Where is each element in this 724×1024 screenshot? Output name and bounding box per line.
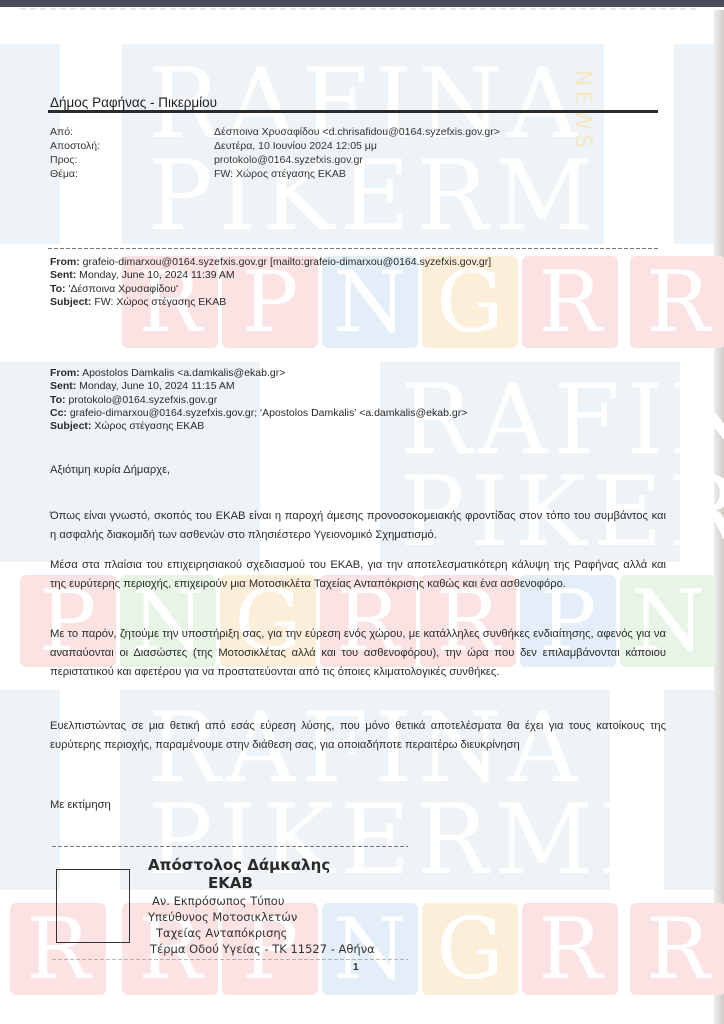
field-value-to: protokolo@0164.syzefxis.gov.gr xyxy=(214,154,500,167)
fw1-from-label: From: xyxy=(50,256,80,268)
signature-separator-top xyxy=(52,846,408,847)
forwarded-header-1: From: grafeio-dimarxou@0164.syzefxis.gov… xyxy=(50,256,491,309)
fw1-to-label: To: xyxy=(50,283,66,295)
fw1-from-row: From: grafeio-dimarxou@0164.syzefxis.gov… xyxy=(50,256,491,269)
field-label-from: Από: xyxy=(50,126,214,139)
fw2-cc-label: Cc: xyxy=(50,407,67,419)
fw1-to-row: To: 'Δέσποινα Χρυσαφίδου' xyxy=(50,283,491,296)
fw2-cc-row: Cc: grafeio-dimarxou@0164.syzefxis.gov.g… xyxy=(50,407,467,420)
fw2-cc-value: grafeio-dimarxou@0164.syzefxis.gov.gr; '… xyxy=(70,407,467,419)
signature-line: Αν. Εκπρόσωπος Τύπου xyxy=(152,894,284,908)
fw1-subject-label: Subject: xyxy=(50,296,91,308)
signature-logo-placeholder xyxy=(56,869,130,943)
fw2-from-label: From: xyxy=(50,367,80,379)
fw2-to-label: To: xyxy=(50,394,66,406)
field-value-sent: Δευτέρα, 10 Ιουνίου 2024 12:05 μμ xyxy=(214,140,500,153)
fw2-from-row: From: Apostolos Damkalis <a.damkalis@eka… xyxy=(50,367,467,380)
signature-line: Υπεύθυνος Μοτοσικλετών xyxy=(148,910,297,924)
signature-line: Τέρμα Οδού Υγείας - ΤΚ 11527 - Αθήνα xyxy=(150,942,375,956)
signature-organization: ΕΚΑΒ xyxy=(208,874,253,892)
fw1-sent-row: Sent: Monday, June 10, 2024 11:39 AM xyxy=(50,269,491,282)
paragraph: Ευελπιστώντας σε μια θετική από εσάς εύρ… xyxy=(50,717,666,755)
field-label-sent: Αποστολή: xyxy=(50,140,214,153)
signature-line: Ταχείας Ανταπόκρισης xyxy=(156,926,287,940)
signature-separator-bottom xyxy=(52,959,408,960)
forwarded-header-2: From: Apostolos Damkalis <a.damkalis@eka… xyxy=(50,367,467,433)
signature-name: Απόστολος Δάμκαλης xyxy=(148,856,330,874)
fw1-to-value: 'Δέσποινα Χρυσαφίδου' xyxy=(68,283,178,295)
fw2-subject-row: Subject: Χώρος στέγασης ΕΚΑΒ xyxy=(50,420,467,433)
paragraph: Με το παρόν, ζητούμε την υποστήριξη σας,… xyxy=(50,625,666,682)
outer-header-fields: Από: Δέσποινα Χρυσαφίδου <d.chrisafidou@… xyxy=(50,126,500,181)
header-rule xyxy=(48,110,658,113)
fw1-sent-label: Sent: xyxy=(50,269,76,281)
field-value-subject: FW: Χώρος στέγασης ΕΚΑΒ xyxy=(214,168,500,181)
forward-separator xyxy=(48,248,658,249)
page-number: 1 xyxy=(353,962,359,973)
fw2-to-value: protokolo@0164.syzefxis.gov.gr xyxy=(68,394,217,406)
fw1-subject-value: FW: Χώρος στέγασης ΕΚΑΒ xyxy=(94,296,226,308)
fw2-sent-label: Sent: xyxy=(50,380,76,392)
fw2-from-value: Apostolos Damkalis <a.damkalis@ekab.gr> xyxy=(82,367,285,379)
fw2-to-row: To: protokolo@0164.syzefxis.gov.gr xyxy=(50,394,467,407)
salutation: Αξιότιμη κυρία Δήμαρχε, xyxy=(50,461,666,480)
fw1-sent-value: Monday, June 10, 2024 11:39 AM xyxy=(79,269,234,281)
field-label-to: Προς: xyxy=(50,154,214,167)
fw2-sent-row: Sent: Monday, June 10, 2024 11:15 AM xyxy=(50,380,467,393)
fw2-sent-value: Monday, June 10, 2024 11:15 AM xyxy=(79,380,234,392)
fw2-subject-value: Χώρος στέγασης ΕΚΑΒ xyxy=(94,420,204,432)
closing: Με εκτίμηση xyxy=(50,796,666,815)
field-label-subject: Θέμα: xyxy=(50,168,214,181)
paragraph: Μέσα στα πλαίσια του επιχειρησιακού σχεδ… xyxy=(50,556,666,594)
paragraph: Όπως είναι γνωστό, σκοπός του ΕΚΑΒ είναι… xyxy=(50,507,666,545)
fw1-subject-row: Subject: FW: Χώρος στέγασης ΕΚΑΒ xyxy=(50,296,491,309)
fw1-from-value: grafeio-dimarxou@0164.syzefxis.gov.gr [m… xyxy=(83,256,491,268)
email-printout: Δήμος Ραφήνας - Πικερμίου Από: Δέσποινα … xyxy=(0,0,724,1024)
field-value-from: Δέσποινα Χρυσαφίδου <d.chrisafidou@0164.… xyxy=(214,126,500,139)
organization-title: Δήμος Ραφήνας - Πικερμίου xyxy=(50,95,217,110)
fw2-subject-label: Subject: xyxy=(50,420,91,432)
